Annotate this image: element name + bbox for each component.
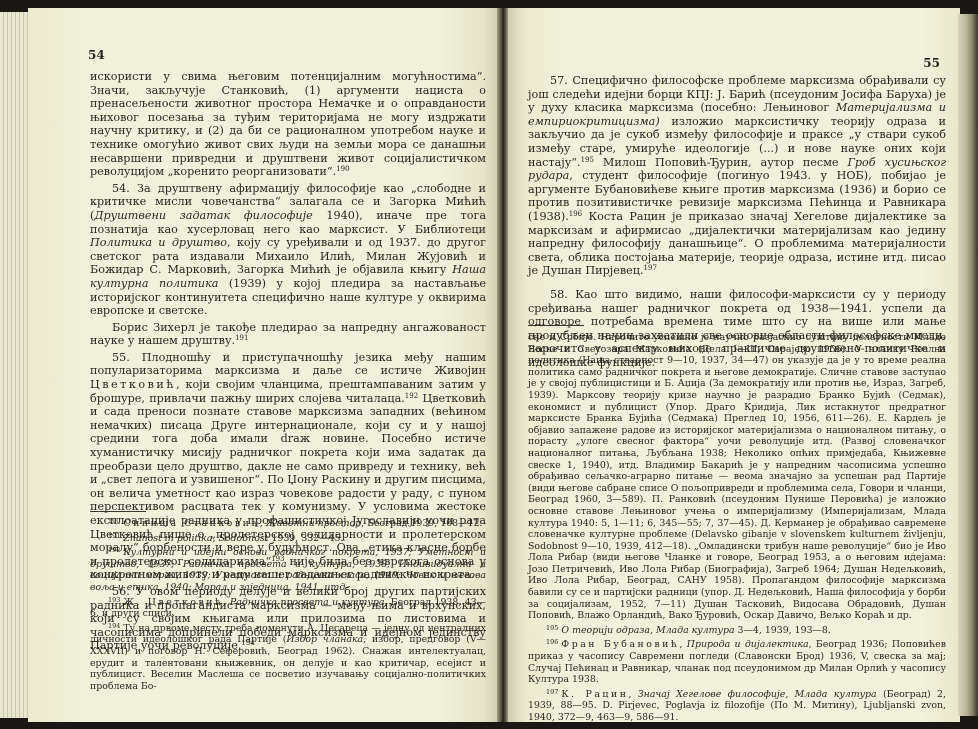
paragraph-57: 57. Специфично философске проблеме маркс… (528, 74, 946, 278)
footnote-190: 190Синиша Станковић, Животни простор, Бе… (90, 516, 486, 530)
footnote-divider (528, 325, 584, 326)
paragraph-54: 54. За друштвену афирмацију философије к… (90, 182, 486, 318)
footnote-ref: 190 (336, 165, 349, 173)
page-number-right: 55 (923, 56, 940, 70)
footnote-194: 194Ту на првоме месту треба поменути А. … (90, 621, 486, 693)
left-footnotes: 190Синиша Станковић, Животни простор, Бе… (90, 516, 486, 693)
right-page: 55 57. Специфично философске проблеме ма… (508, 8, 960, 722)
footnote-ref: 191 (235, 334, 248, 342)
right-footnotes: сне и Србије. Нарочито успешно је научно… (528, 332, 946, 725)
footnote-196: 196Фран Бубановић, Природа и дијалектика… (528, 637, 946, 685)
footnote-193: 193Ж. Цветковић, Радничка просвета и кул… (90, 595, 486, 620)
footnote-divider (90, 511, 146, 512)
paragraph-54-zihrl: Борис Зихерл је такође пледирао за напре… (90, 321, 486, 348)
open-book-spread: 54 искористи у свима његовим потенцијалн… (0, 8, 978, 722)
footnote-197: 197К. Рацин, Значај Хегелове философије,… (528, 687, 946, 724)
right-page-edges (958, 14, 978, 716)
right-body-text: 57. Специфично философске проблеме маркс… (528, 74, 946, 369)
left-page: 54 искористи у свима његовим потенцијалн… (28, 8, 498, 722)
paragraph-continued: искористи у свима његовим потенцијалним … (90, 70, 486, 179)
footnote-191: 191Znanost in politika, Sodobnost 1939, … (90, 531, 486, 545)
footnote-194-continued: сне и Србије. Нарочито успешно је научно… (528, 332, 946, 622)
footnote-192: 192Културни и идејни основи радничког по… (90, 545, 486, 593)
footnote-195: 195О теорији одраза, Млада култура 3—4, … (528, 623, 946, 637)
page-number-left: 54 (88, 48, 105, 62)
